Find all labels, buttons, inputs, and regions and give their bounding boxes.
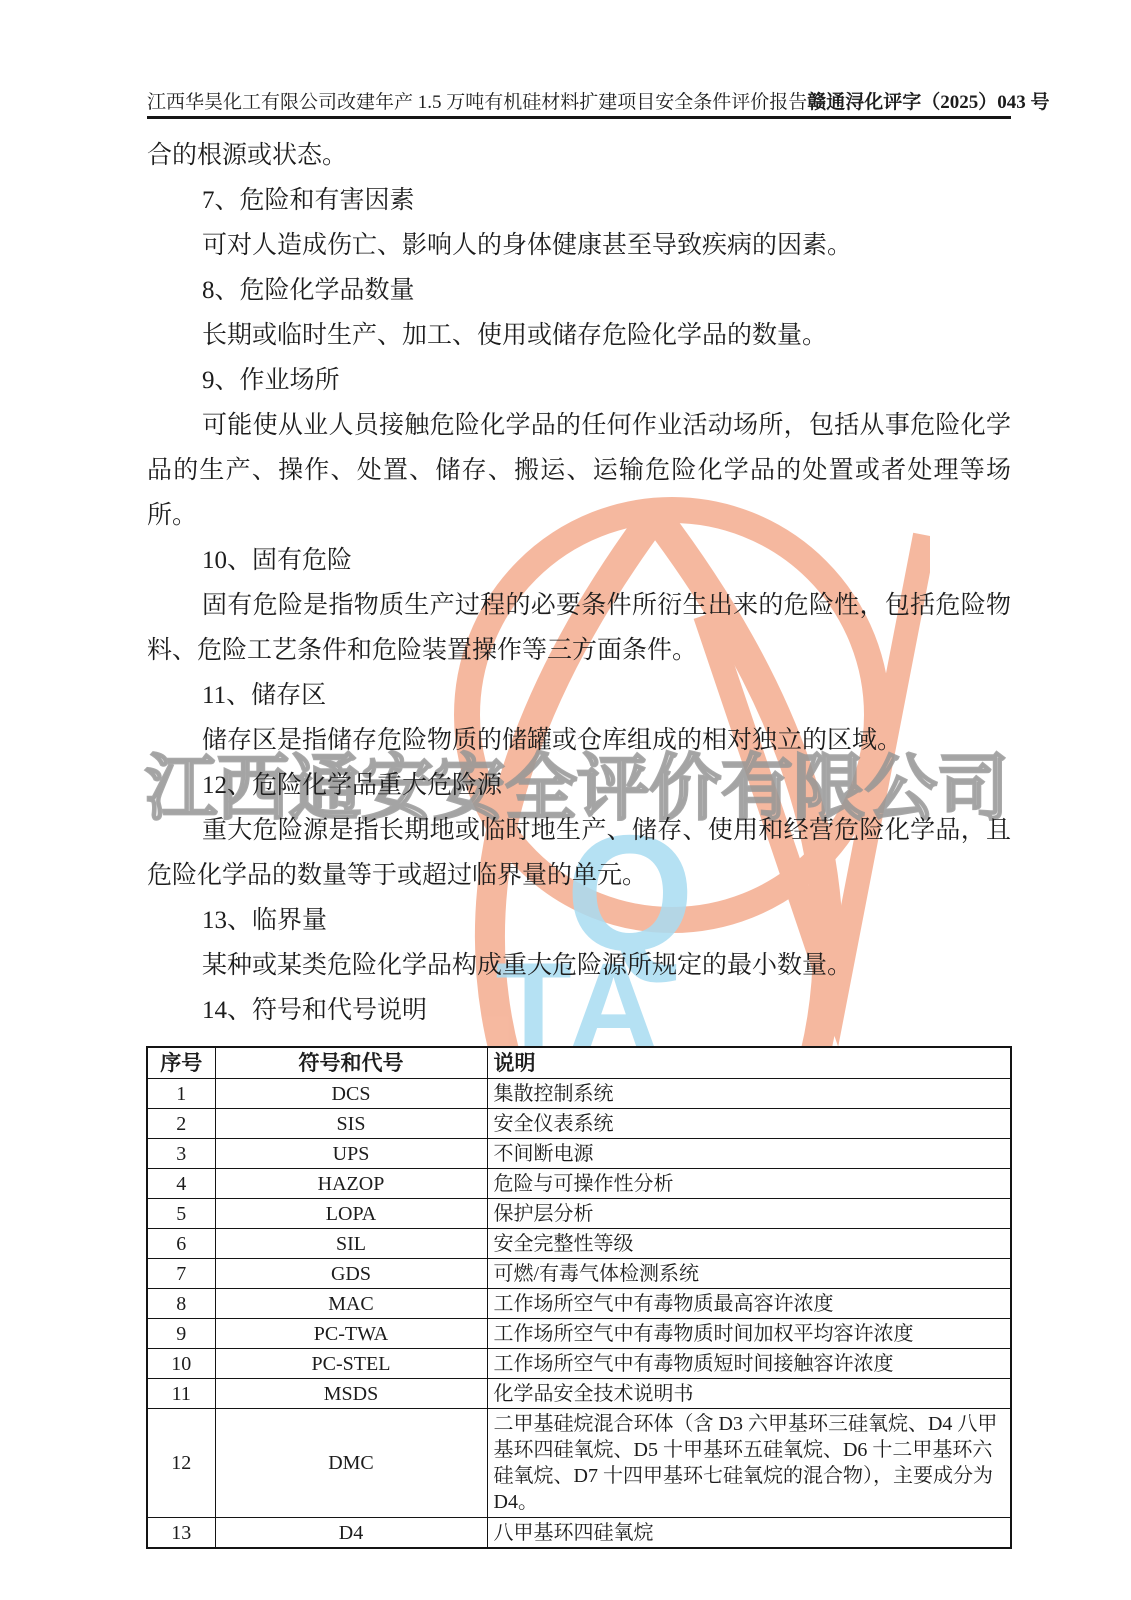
table-row-dmc: 12 DMC 二甲基硅烷混合环体（含 D3 六甲基环三硅氧烷、D4 八甲基环四硅…: [147, 1409, 1011, 1518]
cell-description: 安全仪表系统: [487, 1109, 1011, 1139]
cell-symbol: GDS: [215, 1259, 487, 1289]
cell-symbol: LOPA: [215, 1199, 487, 1229]
paragraph-continuation: 合的根源或状态。: [147, 133, 1011, 178]
heading-14: 14、符号和代号说明: [147, 988, 1011, 1033]
cell-symbol: MSDS: [215, 1379, 487, 1409]
cell-symbol: PC-TWA: [215, 1319, 487, 1349]
table-row: 9 PC-TWA 工作场所空气中有毒物质时间加权平均容许浓度: [147, 1319, 1011, 1349]
table-row: 1 DCS 集散控制系统: [147, 1079, 1011, 1109]
table-header-row: 序号 符号和代号 说明: [147, 1047, 1011, 1079]
heading-10: 10、固有危险: [147, 538, 1011, 583]
cell-index: 9: [147, 1319, 215, 1349]
heading-13: 13、临界量: [147, 898, 1011, 943]
cell-index: 4: [147, 1169, 215, 1199]
cell-index: 11: [147, 1379, 215, 1409]
cell-index: 13: [147, 1518, 215, 1549]
cell-description: 集散控制系统: [487, 1079, 1011, 1109]
cell-index: 5: [147, 1199, 215, 1229]
cell-symbol: SIL: [215, 1229, 487, 1259]
cell-description: 可燃/有毒气体检测系统: [487, 1259, 1011, 1289]
heading-7: 7、危险和有害因素: [147, 178, 1011, 223]
body-text: 合的根源或状态。 7、危险和有害因素 可对人造成伤亡、影响人的身体健康甚至导致疾…: [147, 133, 1011, 1033]
table-row: 6 SIL 安全完整性等级: [147, 1229, 1011, 1259]
cell-index: 2: [147, 1109, 215, 1139]
cell-index: 3: [147, 1139, 215, 1169]
cell-index: 1: [147, 1079, 215, 1109]
cell-description: 八甲基环四硅氧烷: [487, 1518, 1011, 1549]
cell-symbol: MAC: [215, 1289, 487, 1319]
table-row: 10 PC-STEL 工作场所空气中有毒物质短时间接触容许浓度: [147, 1349, 1011, 1379]
cell-index: 10: [147, 1349, 215, 1379]
cell-description: 保护层分析: [487, 1199, 1011, 1229]
table-row: 3 UPS 不间断电源: [147, 1139, 1011, 1169]
symbols-table: 序号 符号和代号 说明 1 DCS 集散控制系统 2 SIS 安全仪表系统 3 …: [146, 1046, 1012, 1549]
cell-description: 工作场所空气中有毒物质时间加权平均容许浓度: [487, 1319, 1011, 1349]
cell-symbol: SIS: [215, 1109, 487, 1139]
cell-description: 工作场所空气中有毒物质短时间接触容许浓度: [487, 1349, 1011, 1379]
paragraph-9: 可能使从业人员接触危险化学品的任何作业活动场所，包括从事危险化学品的生产、操作、…: [147, 403, 1011, 538]
cell-symbol: UPS: [215, 1139, 487, 1169]
cell-symbol: DCS: [215, 1079, 487, 1109]
cell-description: 化学品安全技术说明书: [487, 1379, 1011, 1409]
header-title: 江西华昊化工有限公司改建年产 1.5 万吨有机硅材料扩建项目安全条件评价报告: [147, 90, 807, 116]
heading-8: 8、危险化学品数量: [147, 268, 1011, 313]
cell-symbol: PC-STEL: [215, 1349, 487, 1379]
cell-symbol: D4: [215, 1518, 487, 1549]
table-row: 4 HAZOP 危险与可操作性分析: [147, 1169, 1011, 1199]
table-row: 13 D4 八甲基环四硅氧烷: [147, 1518, 1011, 1549]
heading-9: 9、作业场所: [147, 358, 1011, 403]
cell-index: 8: [147, 1289, 215, 1319]
cell-index: 7: [147, 1259, 215, 1289]
paragraph-13: 某种或某类危险化学品构成重大危险源所规定的最小数量。: [147, 943, 1011, 988]
cell-description: 安全完整性等级: [487, 1229, 1011, 1259]
cell-symbol: DMC: [215, 1409, 487, 1518]
cell-index: 6: [147, 1229, 215, 1259]
page-header: 江西华昊化工有限公司改建年产 1.5 万吨有机硅材料扩建项目安全条件评价报告 赣…: [147, 86, 1011, 119]
header-doc-number: 赣通浔化评字（2025）043 号: [807, 90, 1049, 116]
cell-symbol: HAZOP: [215, 1169, 487, 1199]
table-row: 8 MAC 工作场所空气中有毒物质最高容许浓度: [147, 1289, 1011, 1319]
table-row: 5 LOPA 保护层分析: [147, 1199, 1011, 1229]
paragraph-11: 储存区是指储存危险物质的储罐或仓库组成的相对独立的区域。: [147, 718, 1011, 763]
col-header-description: 说明: [487, 1047, 1011, 1079]
document-page: Q TA 江西通安安全评价有限公司 江西华昊化工有限公司改建年产 1.5 万吨有…: [0, 0, 1131, 1600]
heading-12: 12、危险化学品重大危险源: [147, 763, 1011, 808]
cell-description: 二甲基硅烷混合环体（含 D3 六甲基环三硅氧烷、D4 八甲基环四硅氧烷、D5 十…: [487, 1409, 1011, 1518]
cell-description: 工作场所空气中有毒物质最高容许浓度: [487, 1289, 1011, 1319]
table-row: 11 MSDS 化学品安全技术说明书: [147, 1379, 1011, 1409]
paragraph-7: 可对人造成伤亡、影响人的身体健康甚至导致疾病的因素。: [147, 223, 1011, 268]
cell-index: 12: [147, 1409, 215, 1518]
table-row: 7 GDS 可燃/有毒气体检测系统: [147, 1259, 1011, 1289]
table-row: 2 SIS 安全仪表系统: [147, 1109, 1011, 1139]
heading-11: 11、储存区: [147, 673, 1011, 718]
cell-description: 不间断电源: [487, 1139, 1011, 1169]
col-header-index: 序号: [147, 1047, 215, 1079]
col-header-symbol: 符号和代号: [215, 1047, 487, 1079]
cell-description: 危险与可操作性分析: [487, 1169, 1011, 1199]
paragraph-8: 长期或临时生产、加工、使用或储存危险化学品的数量。: [147, 313, 1011, 358]
paragraph-12: 重大危险源是指长期地或临时地生产、储存、使用和经营危险化学品，且危险化学品的数量…: [147, 808, 1011, 898]
paragraph-10: 固有危险是指物质生产过程的必要条件所衍生出来的危险性，包括危险物料、危险工艺条件…: [147, 583, 1011, 673]
